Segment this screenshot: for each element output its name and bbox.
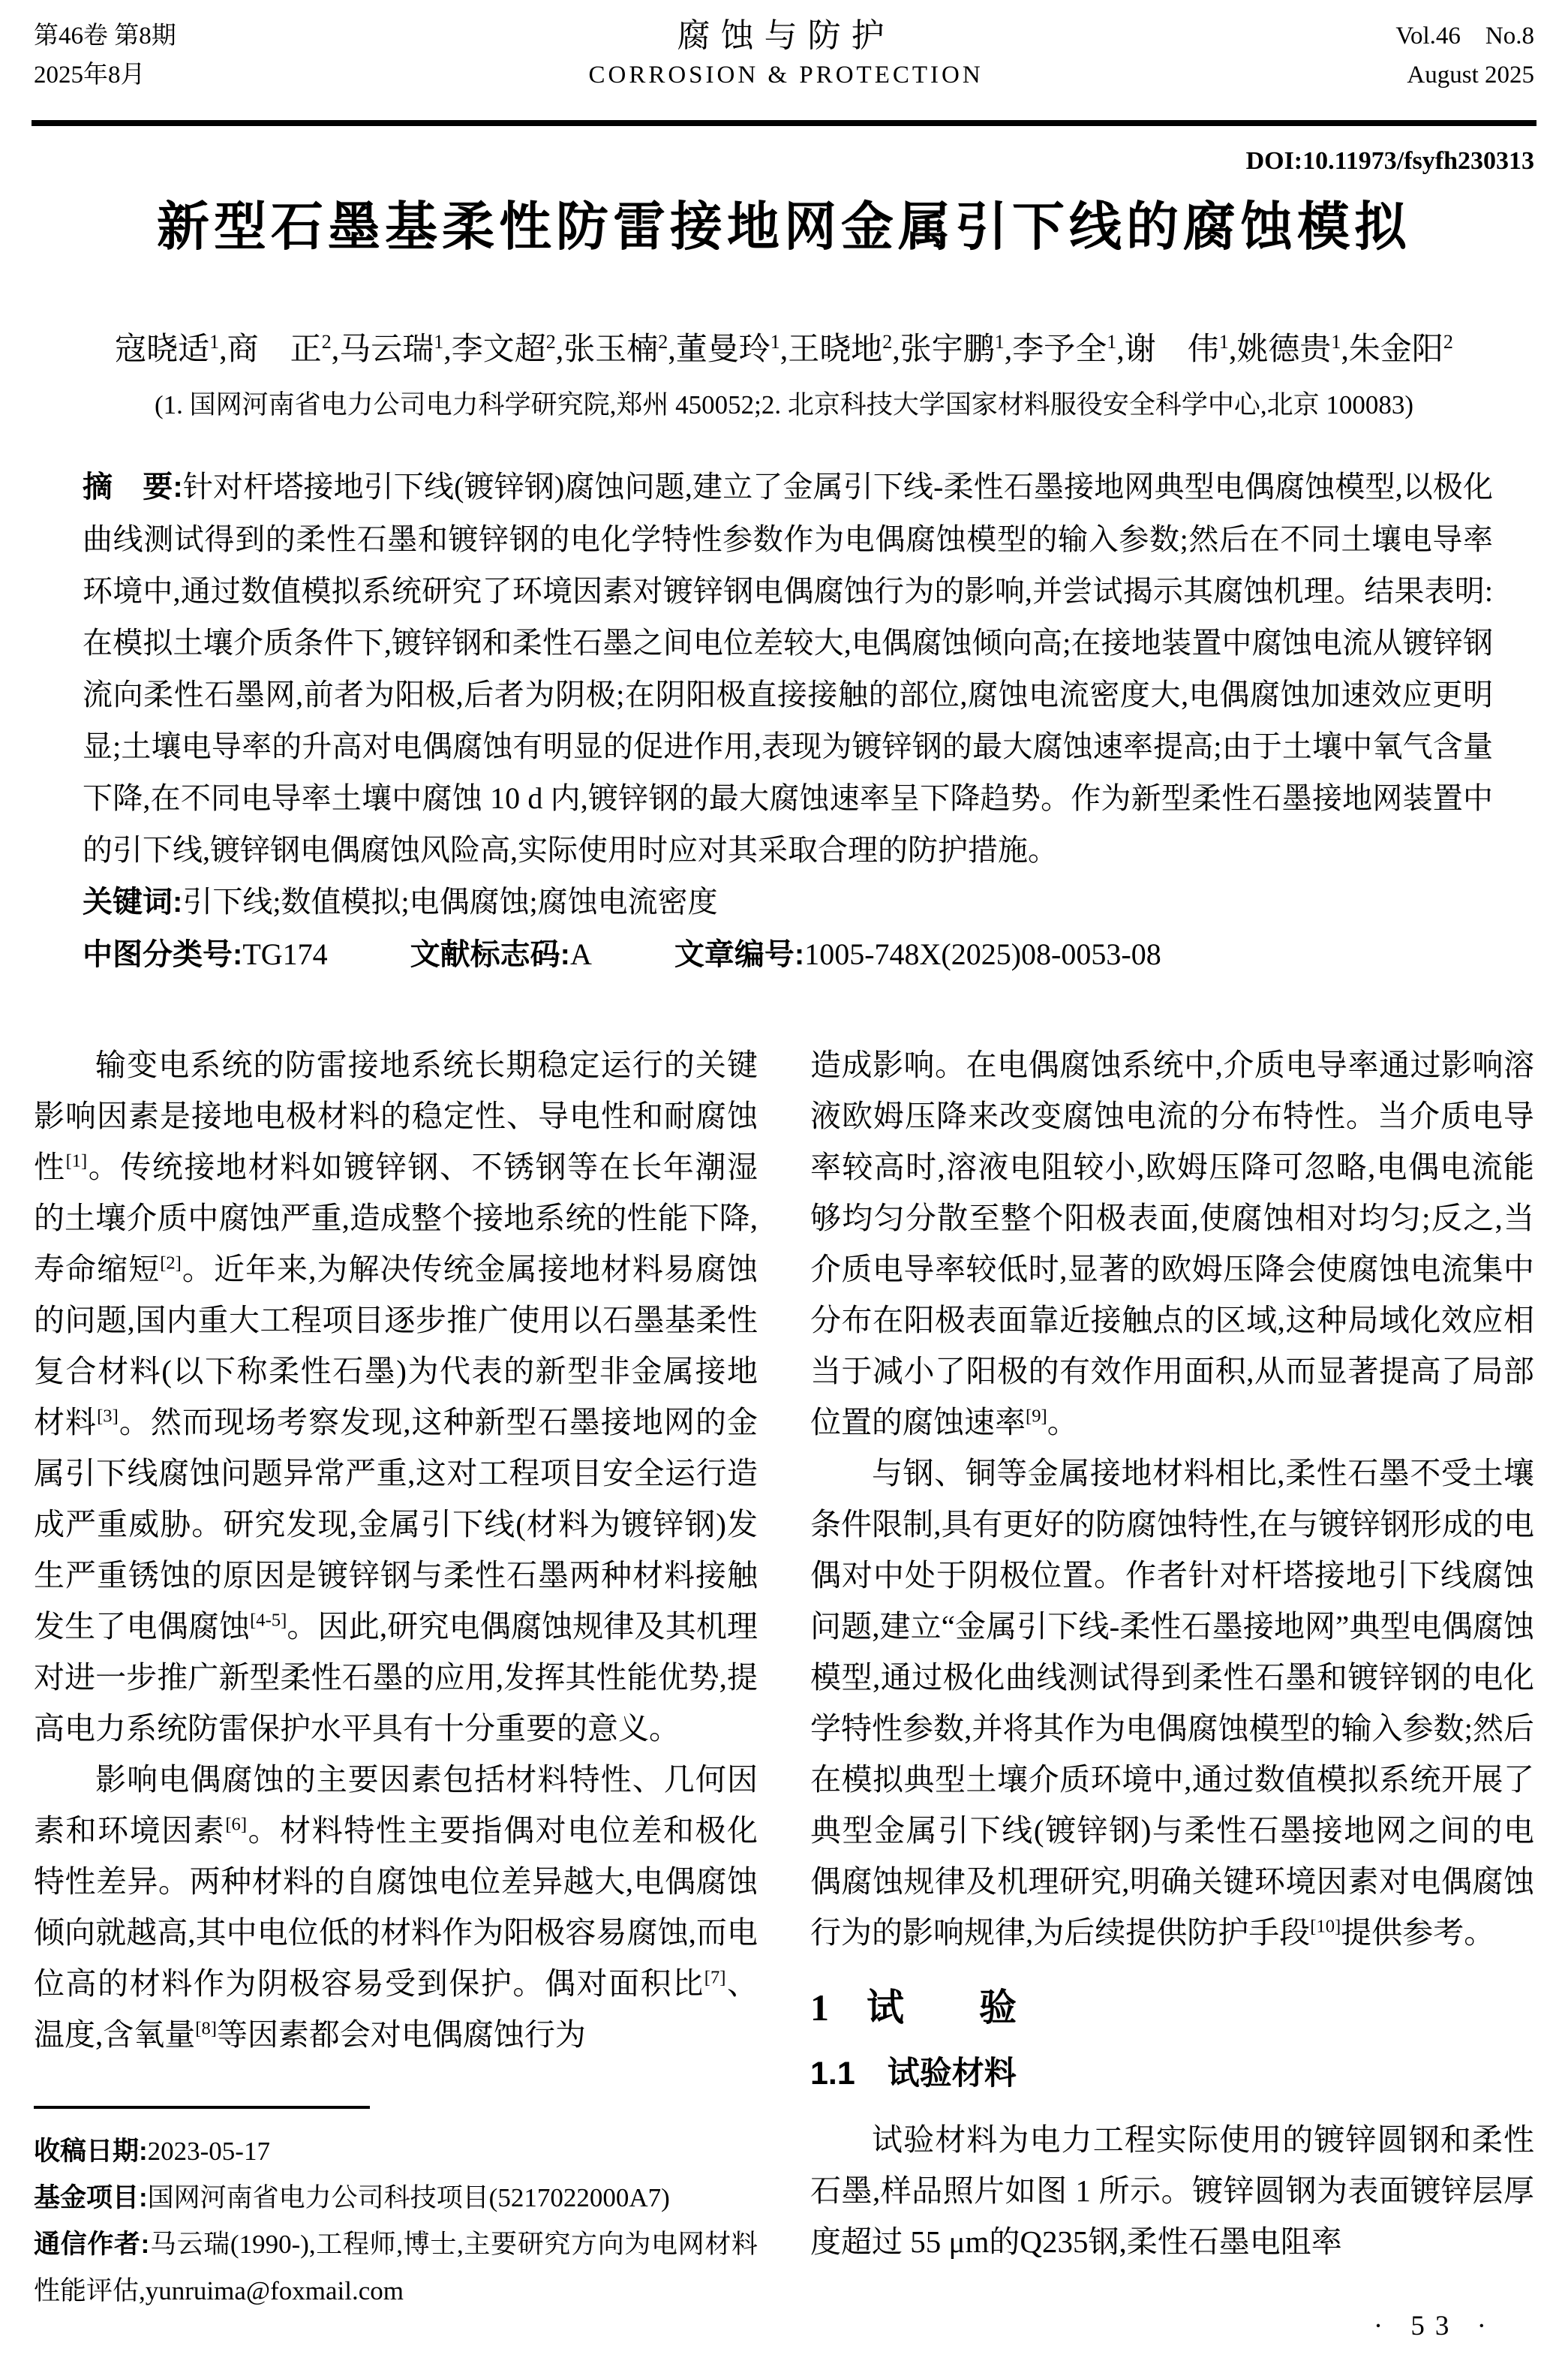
affiliation-line: (1. 国网河南省电力公司电力科学研究院,郑州 450052;2. 北京科技大学… bbox=[34, 387, 1534, 423]
paragraph: 与钢、铜等金属接地材料相比,柔性石墨不受土壤条件限制,具有更好的防腐蚀特性,在与… bbox=[810, 1448, 1534, 1958]
body-column-left: 输变电系统的防雷接地系统长期稳定运行的关键影响因素是接地电极材料的稳定性、导电性… bbox=[34, 1039, 758, 2319]
journal-article-page: 第46卷 第8期 2025年8月 腐蚀与防护 CORROSION & PROTE… bbox=[0, 0, 1568, 2379]
document-code: 文献标志码:A bbox=[410, 928, 592, 981]
document-code-label: 文献标志码: bbox=[410, 938, 570, 971]
fund-project-value: 国网河南省电力公司科技项目(5217022000A7) bbox=[148, 2183, 670, 2212]
keywords-text: 引下线;数值模拟;电偶腐蚀;腐蚀电流密度 bbox=[182, 885, 717, 919]
clc-number-value: TG174 bbox=[242, 937, 327, 971]
header-issue-en: Vol.46 No.8 August 2025 bbox=[1395, 17, 1534, 95]
received-date-value: 2023-05-17 bbox=[148, 2137, 270, 2166]
footnote-rule bbox=[34, 2106, 370, 2109]
volume-issue-cn: 第46卷 第8期 bbox=[34, 17, 176, 56]
journal-title-cn: 腐蚀与防护 bbox=[176, 17, 1396, 56]
body-column-right: 造成影响。在电偶腐蚀系统中,介质电导率通过影响溶液欧姆压降来改变腐蚀电流的分布特… bbox=[810, 1039, 1534, 2319]
abstract-text: 针对杆塔接地引下线(镀锌钢)腐蚀问题,建立了金属引下线-柔性石墨接地网典型电偶腐… bbox=[83, 470, 1493, 867]
abstract-paragraph: 摘 要:针对杆塔接地引下线(镀锌钢)腐蚀问题,建立了金属引下线-柔性石墨接地网典… bbox=[83, 461, 1493, 876]
fund-project-label: 基金项目: bbox=[34, 2183, 148, 2212]
header-rule bbox=[32, 120, 1536, 126]
page-number: · 53 · bbox=[1374, 2310, 1497, 2342]
clc-number-label: 中图分类号: bbox=[83, 938, 242, 971]
journal-header: 第46卷 第8期 2025年8月 腐蚀与防护 CORROSION & PROTE… bbox=[34, 17, 1534, 95]
article-id: 文章编号:1005-748X(2025)08-0053-08 bbox=[674, 928, 1161, 981]
journal-title-block: 腐蚀与防护 CORROSION & PROTECTION bbox=[176, 17, 1396, 95]
keywords-label: 关键词: bbox=[83, 886, 182, 919]
header-issue-cn: 第46卷 第8期 2025年8月 bbox=[34, 17, 176, 95]
corresponding-author-label: 通信作者: bbox=[34, 2230, 149, 2259]
paragraph: 影响电偶腐蚀的主要因素包括材料特性、几何因素和环境因素[6]。材料特性主要指偶对… bbox=[34, 1754, 758, 2060]
fund-project: 基金项目:国网河南省电力公司科技项目(5217022000A7) bbox=[34, 2175, 758, 2221]
document-code-value: A bbox=[570, 937, 592, 971]
abstract-block: 摘 要:针对杆塔接地引下线(镀锌钢)腐蚀问题,建立了金属引下线-柔性石墨接地网典… bbox=[83, 461, 1493, 981]
paragraph: 试验材料为电力工程实际使用的镀锌圆钢和柔性石墨,样品照片如图 1 所示。镀锌圆钢… bbox=[810, 2114, 1534, 2267]
date-en: August 2025 bbox=[1395, 56, 1534, 95]
authors-line: 寇晓适1,商 正2,马云瑞1,李文超2,张玉楠2,董曼玲1,王晓地2,张宇鹏1,… bbox=[34, 329, 1534, 371]
footnote-block: 收稿日期:2023-05-17 基金项目:国网河南省电力公司科技项目(52170… bbox=[34, 2106, 758, 2314]
date-cn: 2025年8月 bbox=[34, 56, 176, 95]
corresponding-author: 通信作者:马云瑞(1990-),工程师,博士,主要研究方向为电网材料性能评估,y… bbox=[34, 2221, 758, 2314]
article-id-value: 1005-748X(2025)08-0053-08 bbox=[804, 937, 1161, 971]
clc-number: 中图分类号:TG174 bbox=[83, 928, 328, 981]
doi: DOI:10.11973/fsyfh230313 bbox=[1246, 147, 1534, 176]
section-heading-1: 1 试 验 bbox=[810, 1985, 1534, 2030]
paragraph: 输变电系统的防雷接地系统长期稳定运行的关键影响因素是接地电极材料的稳定性、导电性… bbox=[34, 1039, 758, 1754]
abstract-label: 摘 要: bbox=[83, 471, 183, 504]
paragraph: 造成影响。在电偶腐蚀系统中,介质电导率通过影响溶液欧姆压降来改变腐蚀电流的分布特… bbox=[810, 1039, 1534, 1448]
keywords-line: 关键词:引下线;数值模拟;电偶腐蚀;腐蚀电流密度 bbox=[83, 876, 1493, 928]
body-columns: 输变电系统的防雷接地系统长期稳定运行的关键影响因素是接地电极材料的稳定性、导电性… bbox=[34, 1039, 1534, 2319]
subsection-heading-1-1: 1.1 试验材料 bbox=[810, 2053, 1534, 2095]
article-title: 新型石墨基柔性防雷接地网金属引下线的腐蚀模拟 bbox=[34, 194, 1534, 263]
volume-issue-en: Vol.46 No.8 bbox=[1395, 17, 1534, 56]
journal-title-en: CORROSION & PROTECTION bbox=[176, 56, 1396, 95]
classification-line: 中图分类号:TG174 文献标志码:A 文章编号:1005-748X(2025)… bbox=[83, 928, 1493, 981]
article-id-label: 文章编号: bbox=[674, 938, 804, 971]
received-date: 收稿日期:2023-05-17 bbox=[34, 2128, 758, 2175]
received-date-label: 收稿日期: bbox=[34, 2137, 148, 2166]
